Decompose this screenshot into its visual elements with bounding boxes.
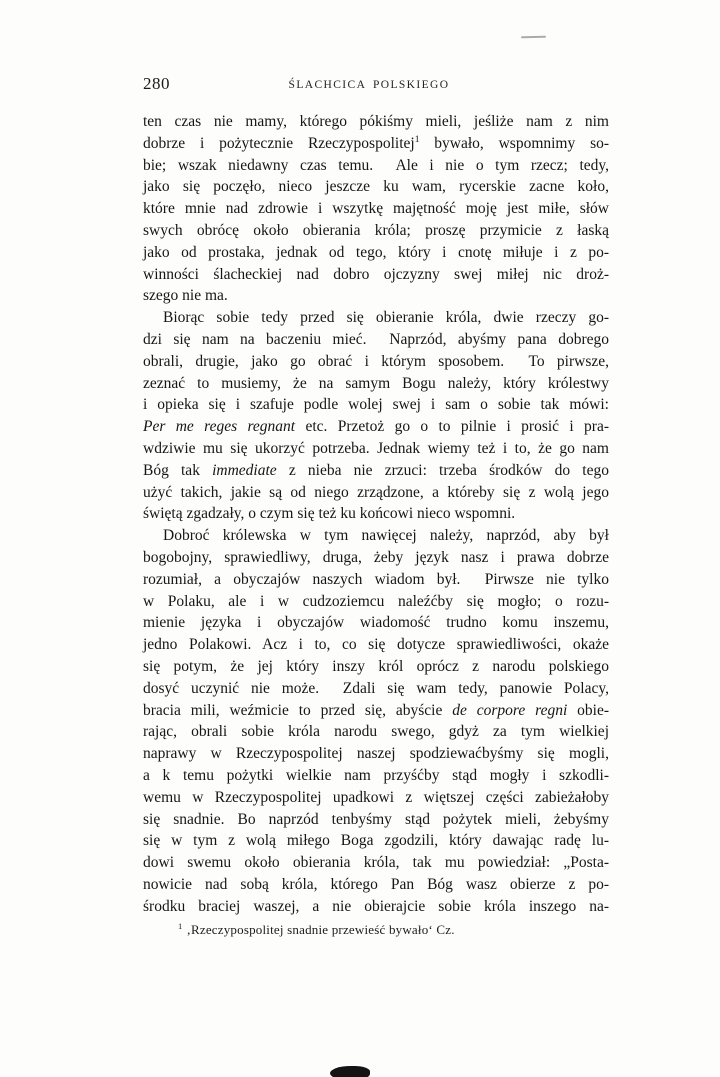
text-line: w Polaku, ale i w cudzoziemcu naleźćby s…	[143, 591, 609, 613]
text-line: się w tym z wolą miłego Boga zgodzili, k…	[143, 830, 609, 852]
text-line: jako się poczęło, nieco jeszcze ku wam, …	[143, 176, 609, 198]
text-line: dosyć uczynić nie może. Zdali się wam te…	[143, 678, 609, 700]
text-line: szego nie ma.	[143, 285, 609, 307]
body-text: ten czas nie mamy, którego pókiśmy mieli…	[143, 111, 609, 917]
text-line: swych obrócę około obierania króla; pros…	[143, 220, 609, 242]
text-line: wemu w Rzeczypospolitej upadkowi z więts…	[143, 787, 609, 809]
text-line: bogobojny, sprawiedliwy, druga, żeby jęz…	[143, 547, 609, 569]
text-segment: etc. Przetoż go o to pilnie i prosić i p…	[295, 418, 609, 435]
text-segment: wdziwie mu się ukorzyć potrzeba. Jednak …	[143, 440, 609, 457]
text-segment: dzi się nam na baczeniu mieć. Naprzód, a…	[143, 331, 609, 348]
text-line: świętą zgadzały, o czym się też ku końco…	[143, 503, 609, 525]
scan-artifact-blob	[330, 1066, 370, 1077]
text-segment: obrali, drugie, jako go obrać i którym s…	[143, 353, 609, 370]
text-line: jedno Polakowi. Acz i to, co się dotycze…	[143, 634, 609, 656]
scan-artifact-dash	[521, 36, 546, 38]
page-header: 280 ŚLACHCICA POLSKIEGO	[143, 74, 609, 96]
text-segment: jedno Polakowi. Acz i to, co się dotycze…	[143, 636, 609, 653]
text-segment: mienie języka i obyczajów wiadomość trud…	[143, 614, 609, 631]
text-segment: a k temu pożytki wielkie nam przyśćby st…	[143, 767, 609, 784]
text-segment: się snadnie. Bo naprzód tenbyśmy stąd po…	[143, 811, 609, 828]
text-segment: de corpore regni	[452, 702, 567, 719]
text-segment: jako od prostaka, jednak od tego, który …	[143, 244, 609, 261]
text-segment: z nieba nie zrzuci: trzeba środków do te…	[277, 462, 609, 479]
text-segment: szego nie ma.	[143, 287, 228, 304]
text-line: i opieka się i szafuje podle wolej swej …	[143, 394, 609, 416]
text-line: winności ślacheckiej nad dobro ojczyzny …	[143, 264, 609, 286]
paragraph: ten czas nie mamy, którego pókiśmy mieli…	[143, 111, 609, 307]
text-segment: się potym, że jej który inszy król opróc…	[143, 658, 609, 675]
text-segment: jako się poczęło, nieco jeszcze ku wam, …	[143, 178, 609, 195]
text-segment: wemu w Rzeczypospolitej upadkowi z więts…	[143, 789, 609, 806]
text-line: bracia mili, weźmicie to przed się, abyś…	[143, 700, 609, 722]
text-segment: bogobojny, sprawiedliwy, druga, żeby jęz…	[143, 549, 609, 566]
text-line: użyć takich, jakie są od niego zrządzone…	[143, 482, 609, 504]
text-line: Dobroć królewska w tym nawięcej należy, …	[143, 525, 609, 547]
text-segment: rając, obrali sobie króla narodu swego, …	[143, 723, 609, 740]
text-segment: które mnie nad zdrowie i wszytkę majętno…	[143, 200, 609, 217]
scanned-book-page: 280 ŚLACHCICA POLSKIEGO ten czas nie mam…	[0, 0, 720, 1077]
text-line: mienie języka i obyczajów wiadomość trud…	[143, 612, 609, 634]
text-line: ten czas nie mamy, którego pókiśmy mieli…	[143, 111, 609, 133]
footnote: 1‚Rzeczypospolitej snadnie przewieść byw…	[178, 922, 608, 938]
text-segment: rozumiał, a obyczajów naszych wiadom był…	[143, 571, 609, 588]
text-segment: w Polaku, ale i w cudzoziemcu naleźćby s…	[143, 593, 609, 610]
text-segment: dowi swemu około obierania króla, tak mu…	[143, 854, 609, 871]
text-line: Biorąc sobie tedy przed się obieranie kr…	[143, 307, 609, 329]
text-line: nowicie nad sobą króla, którego Pan Bóg …	[143, 874, 609, 896]
paragraph: Dobroć królewska w tym nawięcej należy, …	[143, 525, 609, 917]
text-segment: bie; wszak niedawny czas temu. Ale i nie…	[143, 157, 609, 174]
text-segment: Biorąc sobie tedy przed się obieranie kr…	[163, 309, 609, 326]
text-line: rając, obrali sobie króla narodu swego, …	[143, 721, 609, 743]
text-segment: Dobroć królewska w tym nawięcej należy, …	[163, 527, 609, 544]
text-segment: Per me reges regnant	[143, 418, 295, 435]
text-segment: ten czas nie mamy, którego pókiśmy mieli…	[143, 113, 609, 130]
text-segment: winności ślacheckiej nad dobro ojczyzny …	[143, 266, 609, 283]
text-line: Per me reges regnant etc. Przetoż go o t…	[143, 416, 609, 438]
text-segment: naprawy w Rzeczypospolitej naszej spodzi…	[143, 745, 609, 762]
paragraph: Biorąc sobie tedy przed się obieranie kr…	[143, 307, 609, 525]
running-title: ŚLACHCICA POLSKIEGO	[143, 79, 595, 91]
text-segment: immediate	[212, 462, 277, 479]
text-segment: nowicie nad sobą króla, którego Pan Bóg …	[143, 876, 609, 893]
text-line: dobrze i pożytecznie Rzeczypospolitej1 b…	[143, 133, 609, 155]
text-segment: swych obrócę około obierania króla; pros…	[143, 222, 609, 239]
text-line: Bóg tak immediate z nieba nie zrzuci: tr…	[143, 460, 609, 482]
text-segment: i opieka się i szafuje podle wolej swej …	[143, 396, 609, 413]
text-segment: środku braciej waszej, a nie obierajcie …	[143, 898, 609, 915]
text-segment: Bóg tak	[143, 462, 212, 479]
text-segment: się w tym z wolą miłego Boga zgodzili, k…	[143, 832, 609, 849]
text-line: obrali, drugie, jako go obrać i którym s…	[143, 351, 609, 373]
text-line: bie; wszak niedawny czas temu. Ale i nie…	[143, 155, 609, 177]
text-segment: użyć takich, jakie są od niego zrządzone…	[143, 484, 609, 501]
text-segment: bracia mili, weźmicie to przed się, abyś…	[143, 702, 452, 719]
text-line: rozumiał, a obyczajów naszych wiadom był…	[143, 569, 609, 591]
text-segment: świętą zgadzały, o czym się też ku końco…	[143, 505, 515, 522]
text-line: dowi swemu około obierania króla, tak mu…	[143, 852, 609, 874]
text-segment: dosyć uczynić nie może. Zdali się wam te…	[143, 680, 609, 697]
text-line: środku braciej waszej, a nie obierajcie …	[143, 896, 609, 918]
text-line: się snadnie. Bo naprzód tenbyśmy stąd po…	[143, 809, 609, 831]
text-segment: zeznać to musiemy, że na samym Bogu nale…	[143, 375, 609, 392]
text-line: się potym, że jej który inszy król opróc…	[143, 656, 609, 678]
text-line: jako od prostaka, jednak od tego, który …	[143, 242, 609, 264]
text-line: wdziwie mu się ukorzyć potrzeba. Jednak …	[143, 438, 609, 460]
text-segment: dobrze i pożytecznie Rzeczypospolitej	[143, 135, 415, 152]
footnote-marker: 1	[178, 921, 182, 931]
text-segment: bywało, wspomnimy so-	[419, 135, 609, 152]
text-line: zeznać to musiemy, że na samym Bogu nale…	[143, 373, 609, 395]
footnote-text: ‚Rzeczypospolitej snadnie przewieść bywa…	[186, 922, 454, 937]
text-segment: obie-	[567, 702, 609, 719]
text-line: dzi się nam na baczeniu mieć. Naprzód, a…	[143, 329, 609, 351]
text-line: które mnie nad zdrowie i wszytkę majętno…	[143, 198, 609, 220]
text-line: naprawy w Rzeczypospolitej naszej spodzi…	[143, 743, 609, 765]
text-line: a k temu pożytki wielkie nam przyśćby st…	[143, 765, 609, 787]
